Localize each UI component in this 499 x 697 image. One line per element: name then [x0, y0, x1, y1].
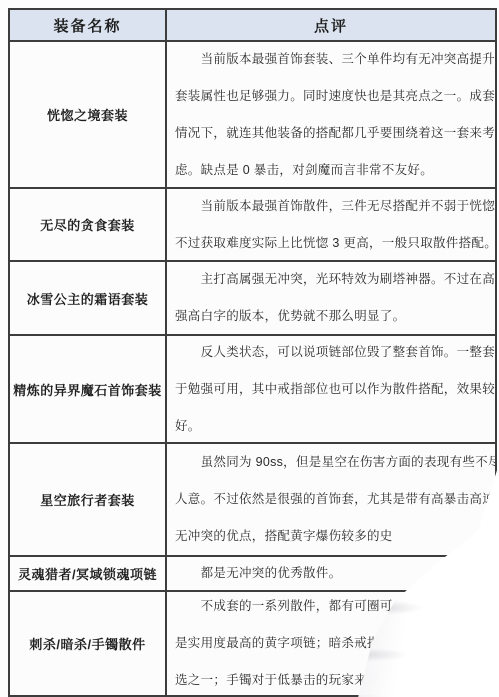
comment-line: 好。 — [175, 408, 485, 443]
comment-line: 虽然同为 90ss，但是星空在伤害方面的表现有些不尽 — [175, 444, 485, 481]
comment-line: 不过获取难度实际上比恍惚 3 更高，一般只取散件搭配。 — [175, 225, 485, 261]
equipment-name-cell: 刺杀/暗杀/手镯散件 — [10, 590, 165, 695]
equipment-name: 刺杀/暗杀/手镯散件 — [29, 634, 145, 653]
comment-cell: 虽然同为 90ss，但是星空在伤害方面的表现有些不尽人意。不过依然是很强的首饰套… — [165, 442, 495, 555]
comment-line: 虑。缺点是 0 暴击，对剑魔而言非常不友好。 — [175, 152, 485, 188]
comment-line: 无冲突的优点，搭配黄字爆伤较多的史 — [175, 518, 485, 555]
equipment-name: 灵魂猎者/冥域锁魂项链 — [18, 564, 157, 583]
equipment-name-cell: 精炼的异界魔石首饰套装 — [10, 334, 165, 442]
table-header-comment-label: 点评 — [314, 15, 348, 36]
comment-cell: 当前版本最强首饰散件，三件无尽搭配并不弱于恍惚。不过获取难度实际上比恍惚 3 更… — [165, 187, 495, 260]
comment-line: 当前版本最强首饰套装、三个单件均有无冲突高提升、 — [175, 41, 485, 78]
comment-line: 强高白字的版本，优势就不那么明显了。 — [175, 298, 485, 334]
comment-line: 当前版本最强首饰散件，三件无尽搭配并不弱于恍惚。 — [175, 188, 485, 225]
equipment-name: 恍惚之境套装 — [47, 105, 128, 124]
comment-line: 主打高属强无冲突，光环特效为刷塔神器。不过在高属 — [175, 261, 485, 298]
equipment-name-cell: 星空旅行者套装 — [10, 442, 165, 555]
equipment-name: 无尽的贪食套装 — [40, 215, 135, 234]
equipment-name: 精炼的异界魔石首饰套装 — [13, 380, 162, 399]
comment-line: 反人类状态，可以说项链部位毁了整套首饰。一整套属 — [175, 334, 485, 371]
comment-cell: 反人类状态，可以说项链部位毁了整套首饰。一整套属于勉强可用，其中戒指部位也可以作… — [165, 334, 495, 442]
equipment-name: 星空旅行者套装 — [40, 490, 135, 509]
comment-line: 套装属性也足够强力。同时速度快也是其亮点之一。成套的 — [175, 78, 485, 115]
comment-line: 情况下，就连其他装备的搭配都几乎要围绕着这一套来考 — [175, 115, 485, 152]
comment-line: 于勉强可用，其中戒指部位也可以作为散件搭配，效果较 — [175, 371, 485, 408]
equipment-name-cell: 灵魂猎者/冥域锁魂项链 — [10, 555, 165, 590]
equipment-name-cell: 恍惚之境套装 — [10, 40, 165, 187]
equipment-name-cell: 无尽的贪食套装 — [10, 187, 165, 260]
equipment-name-cell: 冰雪公主的霜语套装 — [10, 260, 165, 334]
comment-cell: 当前版本最强首饰套装、三个单件均有无冲突高提升、套装属性也足够强力。同时速度快也… — [165, 40, 495, 187]
page: 装备名称 点评 恍惚之境套装 当前版本最强首饰套装、三个单件均有无冲突高提升、套… — [0, 0, 499, 697]
equipment-name: 冰雪公主的霜语套装 — [27, 289, 149, 308]
comment-cell: 主打高属强无冲突，光环特效为刷塔神器。不过在高属强高白字的版本，优势就不那么明显… — [165, 260, 495, 334]
table-header-name: 装备名称 — [10, 10, 165, 40]
comment-line: 人意。不过依然是很强的首饰套，尤其是带有高暴击高速度 — [175, 481, 485, 518]
table-header-name-label: 装备名称 — [53, 15, 121, 36]
table-header-comment: 点评 — [165, 10, 495, 40]
